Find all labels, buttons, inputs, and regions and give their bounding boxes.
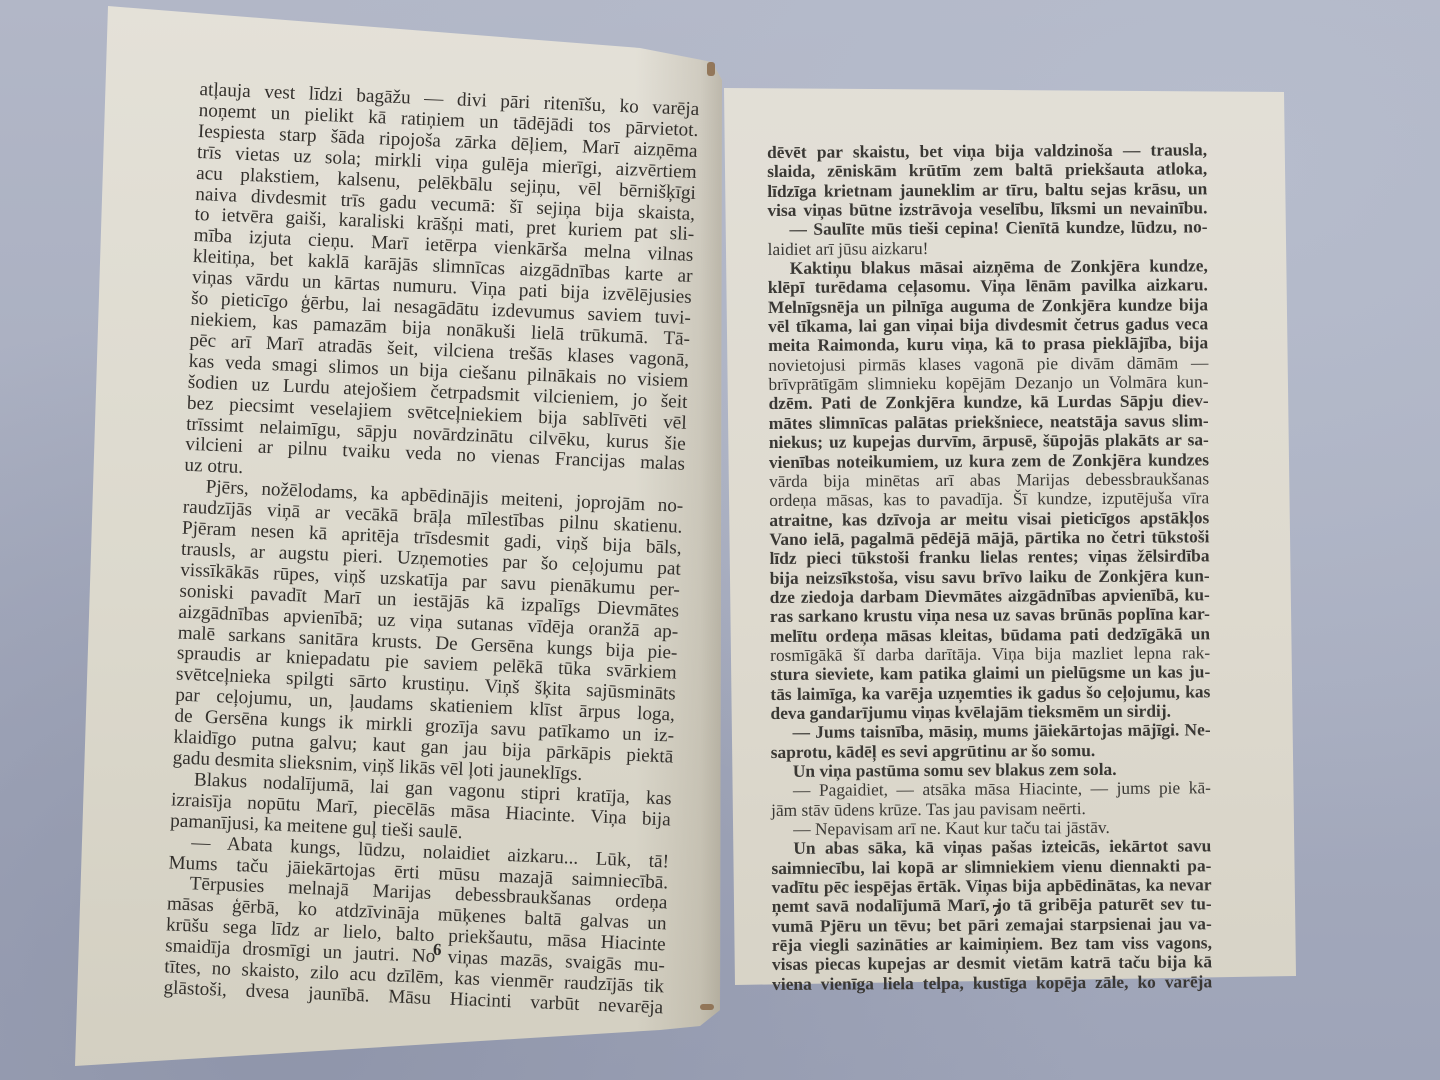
text-line: — Saulīte mūs tieši cepina! Cienītā kund… (767, 218, 1207, 240)
spine-edge-bottom (700, 1004, 714, 1010)
text-line: viena vienīga liela telpa, kustīga kopēj… (772, 972, 1212, 994)
text-line: — Pagaidiet, — atsāka māsa Hiacinte, — j… (771, 779, 1211, 801)
right-page-text: dēvēt par skaistu, bet viņa bija valdzin… (767, 140, 1212, 994)
right-page-number: 7 (992, 901, 1001, 921)
text-line: — Jums taisnība, māsiņ, mums jāiekārtoja… (771, 721, 1211, 743)
left-page-text: atļauja vest līdzi bagāžu — divi pāri ri… (163, 80, 700, 1019)
left-page-number: 6 (433, 940, 442, 960)
spine-edge-top (707, 62, 715, 76)
book-photo: atļauja vest līdzi bagāžu — divi pāri ri… (0, 0, 1440, 1080)
